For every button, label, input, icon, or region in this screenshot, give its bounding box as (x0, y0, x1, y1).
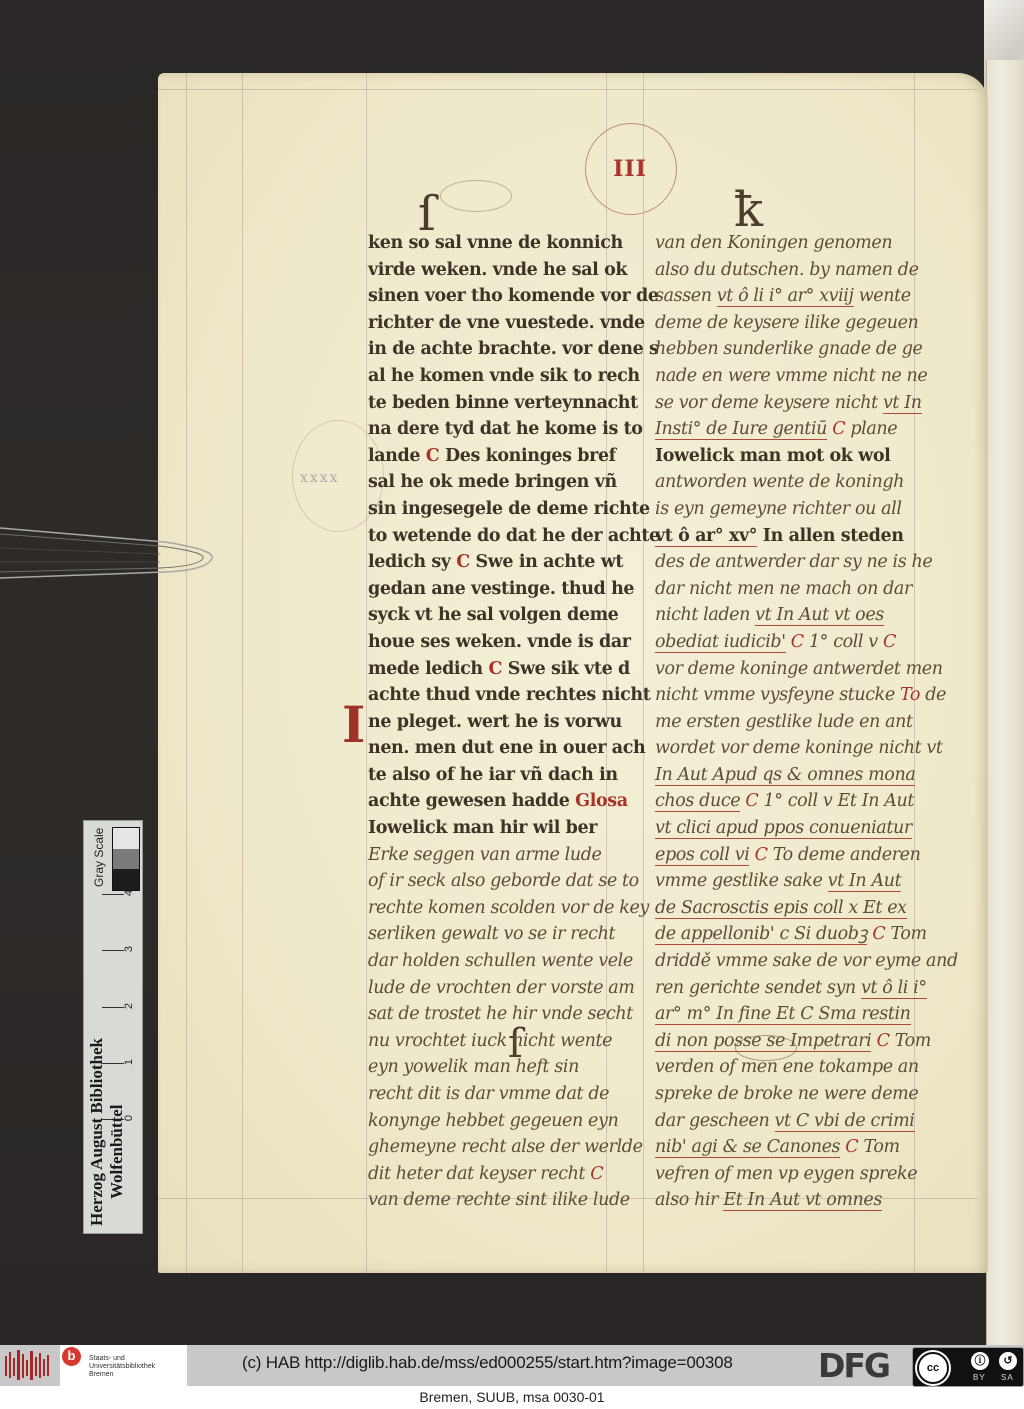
flourish-top-left (440, 180, 512, 212)
manuscript-line: also du dutschen. by namen de (655, 257, 945, 284)
line-text: spreke de broke ne were deme (655, 1084, 918, 1104)
line-text: nu vrochtet iuck nicht wente (368, 1031, 612, 1051)
suub-name-line-2: Universitätsbibliothek (89, 1363, 155, 1371)
manuscript-line: vefren of men vp eygen spreke (655, 1161, 945, 1188)
institution-name: Herzog August Bibliothek (87, 1038, 107, 1226)
line-text-continued: Tom (895, 1031, 931, 1051)
footer-bar: b Staats- und Universitätsbibliothek Bre… (0, 1345, 1024, 1386)
line-text: wordet vor deme koninge nicht vt (655, 738, 943, 758)
legal-citation: vt In Aut vt oes (755, 605, 884, 626)
manuscript-line: nu vrochtet iuck nicht wente (368, 1028, 658, 1055)
line-text-continued: Swe in achte wt (476, 552, 624, 572)
line-text-continued: Tom (863, 1137, 899, 1157)
ascender-flourish-right: ꝁ (734, 186, 764, 234)
line-text: gedan ane vestinge. thud he (368, 579, 634, 599)
line-text: lande (368, 446, 420, 466)
manuscript-line: ren gerichte sendet syn vt ô li i° (655, 975, 945, 1002)
manuscript-line: serliken gewalt vo se ir recht (368, 921, 658, 948)
line-text: nen. men dut ene in ouer ach (368, 738, 645, 758)
legal-citation: Et In Aut vt omnes (723, 1190, 882, 1211)
manuscript-line: antworden wente de koningh (655, 469, 945, 496)
line-text: ledich sy (368, 552, 451, 572)
folio-number: III (600, 158, 660, 180)
line-text: sassen (655, 286, 712, 306)
manuscript-line: achte thud vnde rechtes nicht (368, 682, 658, 709)
dfg-logo[interactable]: DFG (818, 1348, 889, 1384)
suub-name-line-3: Bremen (89, 1371, 155, 1379)
copyright-link[interactable]: (c) HAB http://diglib.hab.de/mss/ed00025… (242, 1353, 733, 1373)
line-text: des de antwerder dar sy ne is he (655, 552, 932, 572)
offset-mark: xxxx (300, 470, 370, 490)
manuscript-line: mede ledich C Swe sik vte d (368, 656, 658, 683)
line-text: deme de keysere ilike gegeuen (655, 313, 918, 333)
rubric-mark: C (488, 659, 502, 679)
line-text: Iowelick man hir wil ber (368, 818, 597, 838)
suub-b-icon: b (62, 1347, 81, 1366)
tick-4 (102, 894, 124, 895)
line-text: hebben sunderlike gnade de ge (655, 339, 923, 359)
line-text: nicht vmme vysfeyne stucke (655, 685, 895, 705)
line-text-continued: To deme anderen (773, 845, 921, 865)
manuscript-line: dar gescheen vt C vbi de crimi (655, 1108, 945, 1135)
swatch-light (113, 828, 139, 849)
rubric-mark: C (745, 791, 758, 811)
manuscript-line: van den Koningen genomen (655, 230, 945, 257)
legal-citation: obediat iudicib' (655, 632, 786, 653)
manuscript-line: hebben sunderlike gnade de ge (655, 336, 945, 363)
line-text: vmme gestlike sake (655, 871, 822, 891)
line-text-continued: 1° coll v (809, 632, 878, 652)
manuscript-line: na dere tyd dat he kome is to (368, 416, 658, 443)
by-label: BY (973, 1373, 986, 1382)
manuscript-line: dit heter dat keyser recht C (368, 1161, 658, 1188)
legal-citation: ar° m° In fine Et C Sma restin (655, 1004, 911, 1025)
text-column-right: van den Koningen genomen also du dutsche… (655, 230, 945, 1214)
rubric-mark: C (755, 845, 768, 865)
line-text-continued: Swe sik vte d (508, 659, 630, 679)
line-text: ghemeyne recht alse der werlde (368, 1137, 643, 1157)
attribution-icon: ⓘ (971, 1352, 989, 1370)
manuscript-line: houe ses weken. vnde is dar (368, 629, 658, 656)
line-text: eyn yowelik man heft sin (368, 1057, 579, 1077)
ruling-line-margin (186, 73, 187, 1273)
line-text: Iowelick man mot ok wol (655, 446, 890, 466)
line-text: recht dit is dar vmme dat de (368, 1084, 609, 1104)
manuscript-line: in de achte brachte. vor dene s (368, 336, 658, 363)
scale-label-2: 2 (123, 1003, 135, 1009)
manuscript-line: nen. men dut ene in ouer ach (368, 735, 658, 762)
manuscript-line: se vor deme keysere nicht vt In (655, 390, 945, 417)
manuscript-line: eyn yowelik man heft sin (368, 1054, 658, 1081)
manuscript-line: te also of he iar vñ dach in (368, 762, 658, 789)
manuscript-line: verden of men ene tokampe an (655, 1054, 945, 1081)
tick-2 (102, 1007, 124, 1008)
manuscript-line: deme de keysere ilike gegeuen (655, 310, 945, 337)
manuscript-line: of ir seck also geborde dat se to (368, 868, 658, 895)
manuscript-line: ghemeyne recht alse der werlde (368, 1134, 658, 1161)
manuscript-line: al he komen vnde sik to rech (368, 363, 658, 390)
rubric-mark: C (456, 552, 470, 572)
manuscript-line: de appellonib' c Si duobꝫ C Tom (655, 921, 945, 948)
manuscript-line: recht dit is dar vmme dat de (368, 1081, 658, 1108)
manuscript-line: also hir Et In Aut vt omnes (655, 1187, 945, 1214)
manuscript-line: wordet vor deme koninge nicht vt (655, 735, 945, 762)
manuscript-line: epos coll vi C To deme anderen (655, 842, 945, 869)
manuscript-line: dar nicht men ne mach on dar (655, 576, 945, 603)
viewer-footer: b Staats- und Universitätsbibliothek Bre… (0, 1345, 1024, 1409)
rubric-mark: C (832, 419, 845, 439)
manuscript-line: des de antwerder dar sy ne is he (655, 549, 945, 576)
line-text: dar nicht men ne mach on dar (655, 579, 912, 599)
manuscript-line: nib' agi & se Canones C Tom (655, 1134, 945, 1161)
manuscript-line: konynge hebbet gegeuen eyn (368, 1108, 658, 1135)
manuscript-line: rechte komen scolden vor de key (368, 895, 658, 922)
rubric-mark: C (845, 1137, 858, 1157)
line-text: in de achte brachte. vor dene s (368, 339, 658, 359)
cc-license-badge[interactable]: cc ⓘ ↺ BY SA (912, 1347, 1024, 1387)
manuscript-line: van deme rechte sint ilike lude (368, 1187, 658, 1214)
legal-citation: vt clici apud ppos conueniatur (655, 818, 912, 839)
legal-citation: vt ô ar° xv° (655, 526, 757, 547)
manuscript-line: sal he ok mede bringen vñ (368, 469, 658, 496)
line-text-continued: Des koninges bref (445, 446, 616, 466)
line-text: se vor deme keysere nicht (655, 393, 878, 413)
line-text: ne pleget. wert he is vorwu (368, 712, 622, 732)
manuscript-line: vor deme koninge antwerdet men (655, 656, 945, 683)
line-text: sat de trostet he hir vnde secht (368, 1004, 633, 1024)
scale-label-1: 1 (123, 1059, 135, 1065)
manuscript-line: spreke de broke ne were deme (655, 1081, 945, 1108)
share-alike-icon: ↺ (999, 1352, 1017, 1370)
sa-label: SA (1001, 1373, 1014, 1382)
line-text-continued: 1° coll v Et In Aut (764, 791, 914, 811)
scale-label-4: 4 (123, 890, 135, 896)
line-text-continued: de (925, 685, 946, 705)
manuscript-line: me ersten gestlike lude en ant (655, 709, 945, 736)
line-text: verden of men ene tokampe an (655, 1057, 919, 1077)
manuscript-line: sassen vt ô li i° ar° xviij wente (655, 283, 945, 310)
gray-swatches (112, 827, 140, 891)
line-text: rechte komen scolden vor de key (368, 898, 649, 918)
manuscript-line: Iowelick man mot ok wol (655, 443, 945, 470)
line-text: vor deme koninge antwerdet men (655, 659, 943, 679)
line-text: virde weken. vnde he sal ok (368, 260, 627, 280)
scale-label-3: 3 (123, 946, 135, 952)
manuscript-line: sat de trostet he hir vnde secht (368, 1001, 658, 1028)
line-text: konynge hebbet gegeuen eyn (368, 1111, 618, 1131)
line-text: also hir (655, 1190, 718, 1210)
manuscript-line: di non posse se Impetrari C Tom (655, 1028, 945, 1055)
rubric-mark: C (872, 924, 885, 944)
manuscript-line: Insti° de Iure gentiū C plane (655, 416, 945, 443)
legal-citation: epos coll vi (655, 845, 749, 866)
manuscript-line: lude de vrochten der vorste am (368, 975, 658, 1002)
facing-page-edge (986, 60, 1024, 1345)
manuscript-line: vt ô ar° xv° In allen steden (655, 523, 945, 550)
line-text-continued: Tom (891, 924, 927, 944)
line-text: dar gescheen (655, 1111, 769, 1131)
line-text: van deme rechte sint ilike lude (368, 1190, 630, 1210)
line-text: ken so sal vnne de konnich (368, 233, 623, 253)
cc-icon: cc (917, 1352, 949, 1384)
line-text: te beden binne verteynnacht (368, 393, 638, 413)
line-text: ren gerichte sendet syn (655, 978, 856, 998)
line-text: sinen voer tho komende vor de (368, 286, 659, 306)
line-text: van den Koningen genomen (655, 233, 892, 253)
legal-citation: vt In (883, 393, 922, 414)
line-text: te also of he iar vñ dach in (368, 765, 618, 785)
page-clip (0, 520, 215, 580)
legal-citation: vt ô li i° (861, 978, 927, 999)
swatch-dark (113, 869, 139, 890)
line-text: mede ledich (368, 659, 483, 679)
line-text: to wetende do dat he der achte (368, 526, 660, 546)
rubric-heading: Glosa (575, 791, 627, 811)
line-text: dit heter dat keyser recht (368, 1164, 585, 1184)
ruling-line-col1-left (366, 73, 367, 1273)
manuscript-line: Iowelick man hir wil ber (368, 815, 658, 842)
manuscript-line: nicht vmme vysfeyne stucke To de (655, 682, 945, 709)
legal-citation: nib' agi & se Canones (655, 1137, 840, 1158)
legal-citation: vt C vbi de crimi (775, 1111, 915, 1132)
rubric-mark: C (791, 632, 804, 652)
line-text-continued: plane (850, 419, 897, 439)
gray-scale-target: Gray Scale 4 3 2 1 0 Herzog August Bibli… (83, 820, 143, 1234)
hab-logo-icon (3, 1348, 53, 1382)
suub-logo[interactable]: b Staats- und Universitätsbibliothek Bre… (60, 1345, 187, 1386)
manuscript-line: gedan ane vestinge. thud he (368, 576, 658, 603)
manuscript-line: nicht laden vt In Aut vt oes (655, 602, 945, 629)
line-text: antworden wente de koningh (655, 472, 904, 492)
manuscript-line: In Aut Apud qs & omnes mona (655, 762, 945, 789)
legal-citation: de Sacrosctis epis coll x Et ex (655, 898, 907, 919)
line-text: na dere tyd dat he kome is to (368, 419, 643, 439)
rubric-mark: C (426, 446, 440, 466)
suub-name: Staats- und Universitätsbibliothek Breme… (89, 1355, 155, 1379)
line-text-continued: wente (859, 286, 911, 306)
line-text: syck vt he sal volgen deme (368, 605, 618, 625)
manuscript-line: sin ingesegele de deme richte (368, 496, 658, 523)
manuscript-line: ledich sy C Swe in achte wt (368, 549, 658, 576)
manuscript-line: ar° m° In fine Et C Sma restin (655, 1001, 945, 1028)
manuscript-line: te beden binne verteynnacht (368, 390, 658, 417)
manuscript-line: driddě vmme sake de vor eyme and (655, 948, 945, 975)
legal-citation: chos duce (655, 791, 740, 812)
line-text: serliken gewalt vo se ir recht (368, 924, 615, 944)
legal-citation: In Aut Apud qs & omnes mona (655, 765, 915, 786)
manuscript-line: vt clici apud ppos conueniatur (655, 815, 945, 842)
line-text-continued: In allen steden (763, 526, 904, 546)
line-text: nicht laden (655, 605, 750, 625)
line-text: houe ses weken. vnde is dar (368, 632, 631, 652)
ruling-line-inner (242, 73, 243, 1273)
manuscript-line: syck vt he sal volgen deme (368, 602, 658, 629)
line-text: richter de vne vuestede. vnde (368, 313, 645, 333)
tick-3 (102, 950, 124, 951)
legal-citation: de appellonib' c Si duobꝫ (655, 924, 867, 945)
manuscript-line: dar holden schullen wente vele (368, 948, 658, 975)
institution-city: Wolfenbüttel (107, 1105, 127, 1199)
manuscript-line: ken so sal vnne de konnich (368, 230, 658, 257)
manuscript-line: obediat iudicib' C 1° coll v C (655, 629, 945, 656)
line-text: me ersten gestlike lude en ant (655, 712, 913, 732)
manuscript-line: ne pleget. wert he is vorwu (368, 709, 658, 736)
manuscript-line: de Sacrosctis epis coll x Et ex (655, 895, 945, 922)
line-text: sal he ok mede bringen vñ (368, 472, 617, 492)
suub-name-line-1: Staats- und (89, 1355, 155, 1363)
line-text: also du dutschen. by namen de (655, 260, 919, 280)
manuscript-line: vmme gestlike sake vt In Aut (655, 868, 945, 895)
line-text: vefren of men vp eygen spreke (655, 1164, 917, 1184)
legal-citation: Insti° de Iure gentiū (655, 419, 827, 440)
text-column-left: ken so sal vnne de konnich virde weken. … (368, 230, 658, 1214)
manuscript-line: Erke seggen van arme lude (368, 842, 658, 869)
manuscript-line: nade en were vmme nicht ne ne (655, 363, 945, 390)
line-text: nade en were vmme nicht ne ne (655, 366, 927, 386)
line-text: driddě vmme sake de vor eyme and (655, 951, 958, 971)
rubric-mark: C (883, 632, 896, 652)
line-text: of ir seck also geborde dat se to (368, 871, 639, 891)
manuscript-line: virde weken. vnde he sal ok (368, 257, 658, 284)
line-text: achte gewesen hadde (368, 791, 569, 811)
legal-citation: di non posse se Impetrari (655, 1031, 871, 1052)
line-text: lude de vrochten der vorste am (368, 978, 634, 998)
gray-scale-label: Gray Scale (92, 828, 106, 887)
manuscript-line: to wetende do dat he der achte (368, 523, 658, 550)
line-text: sin ingesegele de deme richte (368, 499, 650, 519)
shelfmark: Bremen, SUUB, msa 0030-01 (0, 1389, 1024, 1405)
legal-citation: vt ô li i° ar° xviij (717, 286, 854, 307)
manuscript-line: lande C Des koninges bref (368, 443, 658, 470)
manuscript-line: achte gewesen hadde Glosa (368, 788, 658, 815)
manuscript-line: is eyn gemeyne richter ou all (655, 496, 945, 523)
line-text: is eyn gemeyne richter ou all (655, 499, 902, 519)
rubric-mark: To (900, 685, 920, 705)
rubric-mark: C (877, 1031, 890, 1051)
rubric-mark: C (590, 1164, 603, 1184)
line-text: achte thud vnde rechtes nicht (368, 685, 650, 705)
ruling-line-top (158, 89, 978, 90)
line-text: Erke seggen van arme lude (368, 845, 602, 865)
legal-citation: vt In Aut (828, 871, 902, 892)
line-text: al he komen vnde sik to rech (368, 366, 640, 386)
manuscript-line: chos duce C 1° coll v Et In Aut (655, 788, 945, 815)
line-text: dar holden schullen wente vele (368, 951, 633, 971)
manuscript-line: sinen voer tho komende vor de (368, 283, 658, 310)
manuscript-line: richter de vne vuestede. vnde (368, 310, 658, 337)
swatch-mid (113, 849, 139, 870)
